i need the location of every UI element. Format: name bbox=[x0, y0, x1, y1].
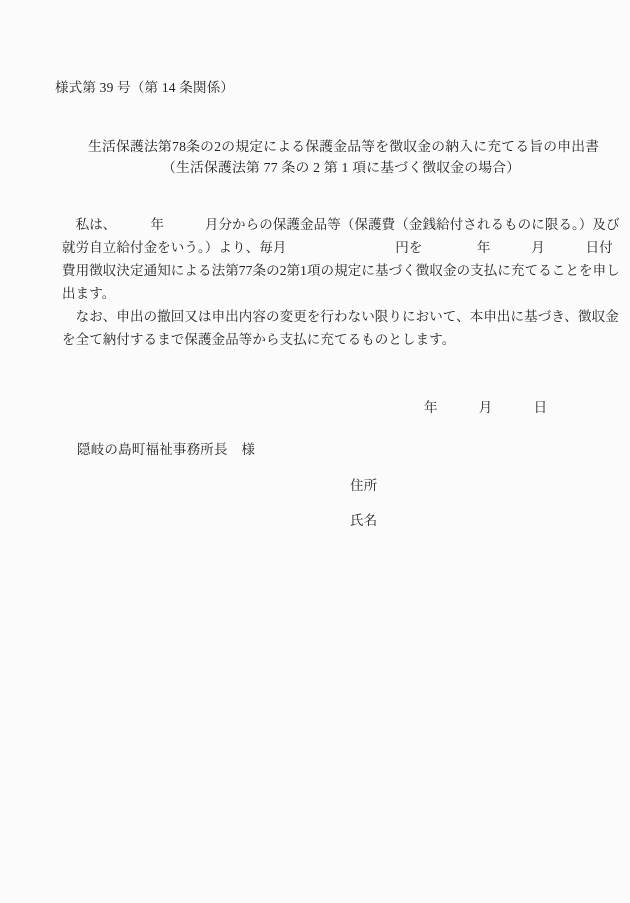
signature-date-line: 年 月 日 bbox=[424, 400, 547, 416]
document-title: 生活保護法第78条の2の規定による保護金品等を徴収金の納入に充てる旨の申出書 bbox=[88, 139, 599, 155]
body-line-2: 就労自立給付金をいう。）より、毎月 円を 年 月 日付 bbox=[62, 236, 597, 259]
document-page: 様式第 39 号（第 14 条関係） 生活保護法第78条の2の規定による保護金品… bbox=[0, 0, 630, 903]
body-paragraphs: 私は、 年 月分からの保護金品等（保護費（金銭給付されるものに限る。）及び 就労… bbox=[62, 213, 597, 351]
name-label: 氏名 bbox=[350, 513, 377, 529]
address-label: 住所 bbox=[350, 478, 377, 494]
body-line-1: 私は、 年 月分からの保護金品等（保護費（金銭給付されるものに限る。）及び bbox=[62, 213, 597, 236]
addressee-line: 隠岐の島町福祉事務所長 様 bbox=[77, 442, 255, 458]
body-line-3: 費用徴収決定通知による法第77条の2第1項の規定に基づく徴収金の支払に充てること… bbox=[62, 259, 597, 282]
form-number: 様式第 39 号（第 14 条関係） bbox=[55, 80, 234, 96]
body-line-6: を全て納付するまで保護金品等から支払に充てるものとします。 bbox=[62, 328, 597, 351]
body-line-5: なお、申出の撤回又は申出内容の変更を行わない限りにおいて、本申出に基づき、徴収金 bbox=[62, 305, 597, 328]
document-subtitle: （生活保護法第 77 条の 2 第 1 項に基づく徴収金の場合） bbox=[162, 160, 520, 176]
body-line-4: 出ます。 bbox=[62, 282, 597, 305]
